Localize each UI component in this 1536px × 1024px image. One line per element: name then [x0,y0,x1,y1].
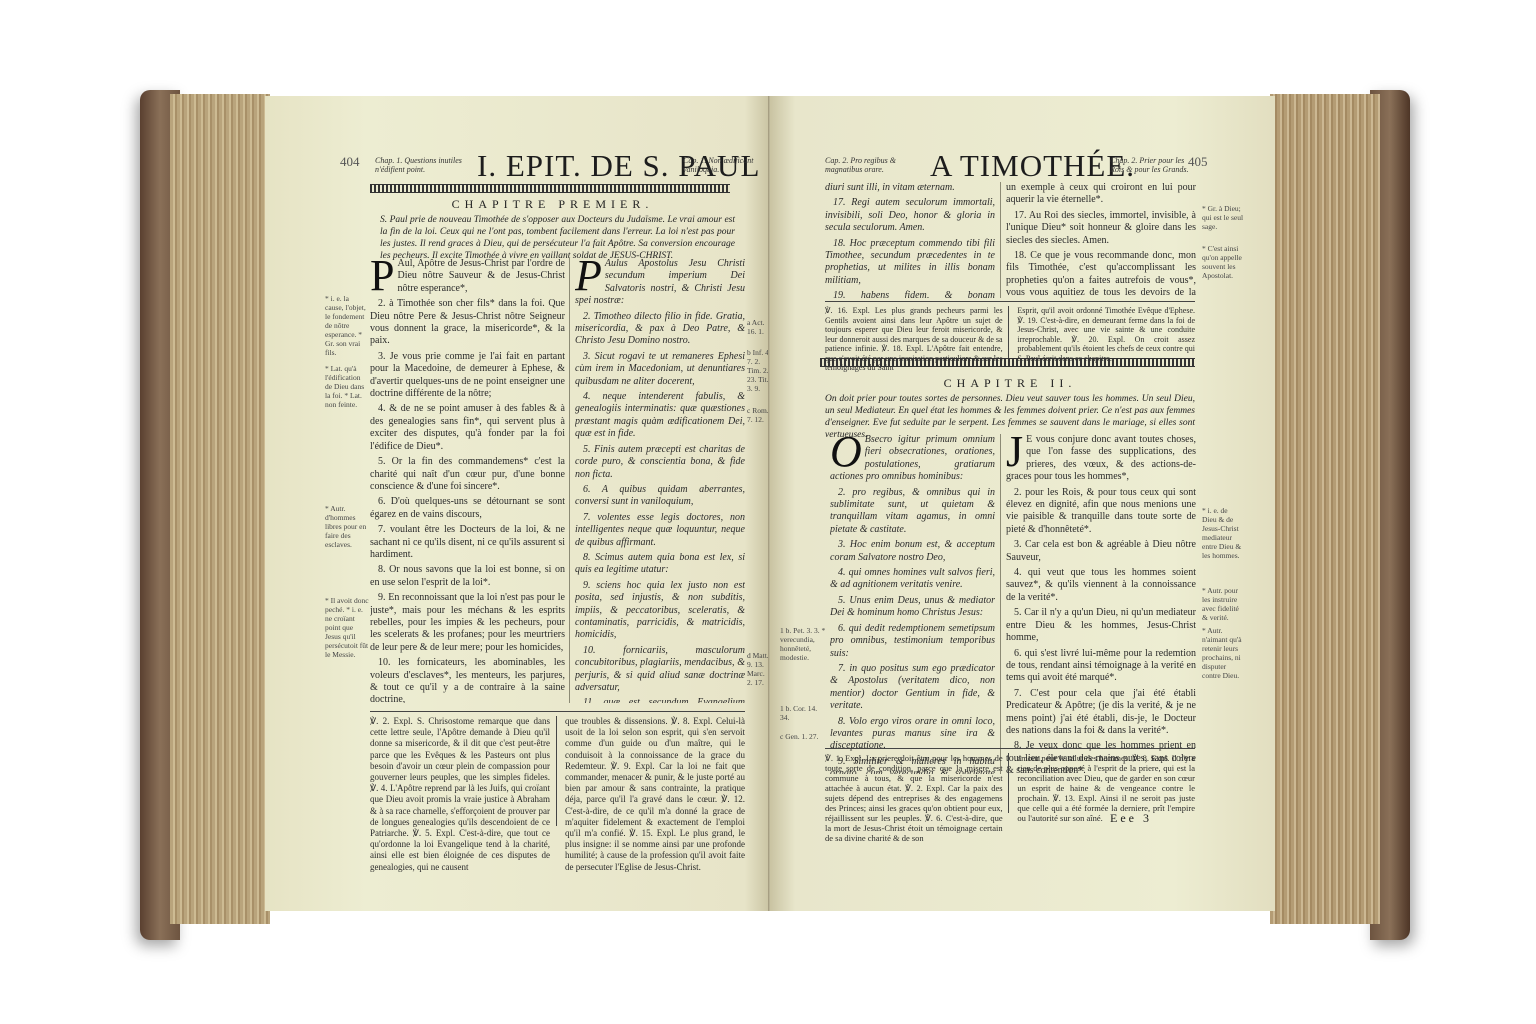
margin-note: * i. e. de Dieu & de Jesus-Christ mediat… [1202,506,1244,560]
running-title: A TIMOTHÉE. [930,148,1135,184]
margin-note: * i. e. la cause, l'objet, le fondement … [325,294,369,357]
margin-note: * Il avoit donc peché. * i. e. ne croïan… [325,596,369,659]
right-page: Cap. 2. Pro regibus & magnatibus orare. … [770,96,1275,911]
drop-cap: O [830,434,862,470]
margin-note: * Lat. qu'à l'édification de Dieu dans l… [325,364,369,409]
header-side-note-left: Cap. 2. Pro regibus & magnatibus orare. [825,156,920,174]
left-page-edges [170,94,270,924]
latin-text-column: PAulus Apostolus Jesu Christi secundum i… [575,258,745,703]
ornamental-rule [370,184,730,193]
open-book: 404 Chap. 1. Questions inutiles n'édifie… [140,90,1410,940]
margin-note: * C'est ainsi qu'on appelle souvent les … [1202,244,1244,280]
margin-note: * Autr. pour les instruire avec fidelité… [1202,586,1244,622]
column-divider [569,258,570,703]
left-page: 404 Chap. 1. Questions inutiles n'édifie… [265,96,770,911]
footnote-divider [556,716,557,826]
right-page-edges [1270,94,1380,924]
page-number: 404 [340,154,360,170]
cross-reference: d Matt. 9. 13. Marc. 2. 17. [747,651,770,687]
header-side-note-left: Chap. 1. Questions inutiles n'édifient p… [375,156,475,174]
footnotes-col-1: ℣. 2. Expl. S. Chrisostome remarque que … [370,716,550,873]
margin-note: * Gr. à Dieu; qui est le seul sage. [1202,204,1244,231]
left-page-header: 404 Chap. 1. Questions inutiles n'édifie… [265,148,770,180]
french-text-column-top: un exemple à ceux qui croiront en lui po… [1006,182,1196,298]
right-page-header: Cap. 2. Pro regibus & magnatibus orare. … [770,148,1275,180]
footnotes-col-2: amour pour le salut des hommes. ℣. 8. Ex… [1017,753,1195,823]
drop-cap: P [370,258,394,294]
french-text-column: PAul, Apôtre de Jesus-Christ par l'ordre… [370,258,565,703]
cross-reference: 1 b. Cor. 14. 34. [780,704,826,722]
footnote-divider [1008,306,1009,358]
footnotes-top: ℣. 16. Expl. Les plus grands pecheurs pa… [825,301,1195,358]
cross-reference: c Gen. 1. 27. [780,732,826,741]
footnote-divider [1008,753,1009,813]
drop-cap: J [1006,434,1023,470]
column-divider [1000,434,1001,774]
page-number: 405 [1188,154,1208,170]
cross-reference: c Rom. 7. 12. [747,406,770,424]
margin-note: * Autr. d'hommes libres pour en faire de… [325,504,369,549]
chapter-summary: S. Paul prie de nouveau Timothée de s'op… [380,214,735,262]
footnotes: ℣. 2. Expl. S. Chrisostome remarque que … [370,711,745,826]
latin-text-column-top: diuri sunt illi, in vitam æternam. 17. R… [825,182,995,298]
chapter-title: CHAPITRE II. [825,376,1195,391]
chapter-title: CHAPITRE PREMIER. [375,197,730,212]
header-side-note-right: Cap. 1. Non ædificant vaniloquia. [683,156,758,174]
column-divider [1000,182,1001,298]
cross-reference: b Inf. 4. 7. 2. Tim. 2. 23. Tit. 3. 9. [747,348,770,393]
cross-reference: 1 b. Pet. 3. 3. * verecundia, honnêteté,… [780,626,826,662]
footnotes-col-2: que troubles & dissensions. ℣. 8. Expl. … [565,716,745,873]
drop-cap: P [575,258,602,294]
footnotes: ℣. 1. Expl. La priere doit être pour les… [825,748,1195,813]
footnotes-col-1: ℣. 1. Expl. La priere doit être pour les… [825,753,1003,843]
header-side-note-right: Chap. 2. Prier pour les Rois & pour les … [1110,156,1195,174]
cross-reference: a Act. 16. 1. [747,318,770,336]
ornamental-rule [820,358,1195,367]
latin-text-column: OBsecro igitur primum omnium fieri obsec… [830,434,995,774]
footnotes-col-2: Esprit, qu'il avoit ordonné Timothée Evê… [1017,306,1195,363]
signature-mark: Eee 3 [1110,811,1152,826]
margin-note: * Autr. n'aimant qu'à retenir leurs proc… [1202,626,1244,680]
french-text-column: JE vous conjure donc avant toutes choses… [1006,434,1196,774]
